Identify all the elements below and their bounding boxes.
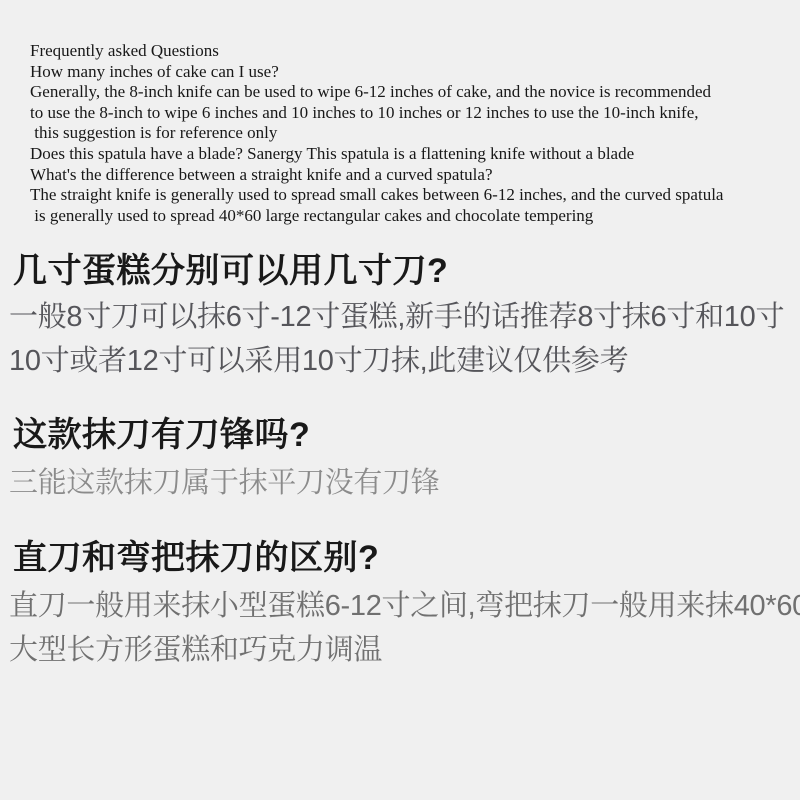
english-faq-question-3: What's the difference between a straight… [30, 165, 790, 186]
english-faq-answer-line: this suggestion is for reference only [30, 123, 790, 144]
cn-faq-answer-3: 直刀一般用来抹小型蛋糕6-12寸之间,弯把抹刀一般用来抹40*60 大型长方形蛋… [9, 584, 797, 672]
cn-faq-question-1: 几寸蛋糕分别可以用几寸刀? [13, 250, 448, 292]
english-faq-question-1: How many inches of cake can I use? [30, 62, 790, 83]
cn-faq-question-3: 直刀和弯把抹刀的区别? [13, 537, 379, 579]
english-faq-title: Frequently asked Questions [30, 41, 790, 62]
cn-faq-answer-2-line-1: 三能这款抹刀属于抹平刀没有刀锋 [9, 461, 797, 505]
cn-faq-answer-1-line-1: 一般8寸刀可以抹6寸-12寸蛋糕,新手的话推荐8寸抹6寸和10寸 [9, 295, 797, 339]
cn-faq-answer-2: 三能这款抹刀属于抹平刀没有刀锋 [9, 461, 797, 505]
english-faq-answer-line: is generally used to spread 40*60 large … [30, 206, 790, 227]
english-faq-answer-line: The straight knife is generally used to … [30, 185, 790, 206]
english-faq-block: Frequently asked Questions How many inch… [30, 41, 790, 226]
english-faq-answer-line: Generally, the 8-inch knife can be used … [30, 82, 790, 103]
cn-faq-answer-1: 一般8寸刀可以抹6寸-12寸蛋糕,新手的话推荐8寸抹6寸和10寸 10寸或者12… [9, 295, 797, 383]
english-faq-question-2: Does this spatula have a blade? Sanergy … [30, 144, 790, 165]
cn-faq-question-2: 这款抹刀有刀锋吗? [13, 414, 310, 456]
english-faq-answer-line: to use the 8-inch to wipe 6 inches and 1… [30, 103, 790, 124]
cn-faq-answer-1-line-2: 10寸或者12寸可以采用10寸刀抹,此建议仅供参考 [9, 339, 797, 383]
cn-faq-answer-3-line-1: 直刀一般用来抹小型蛋糕6-12寸之间,弯把抹刀一般用来抹40*60 [9, 584, 797, 628]
cn-faq-answer-3-line-2: 大型长方形蛋糕和巧克力调温 [9, 628, 797, 672]
